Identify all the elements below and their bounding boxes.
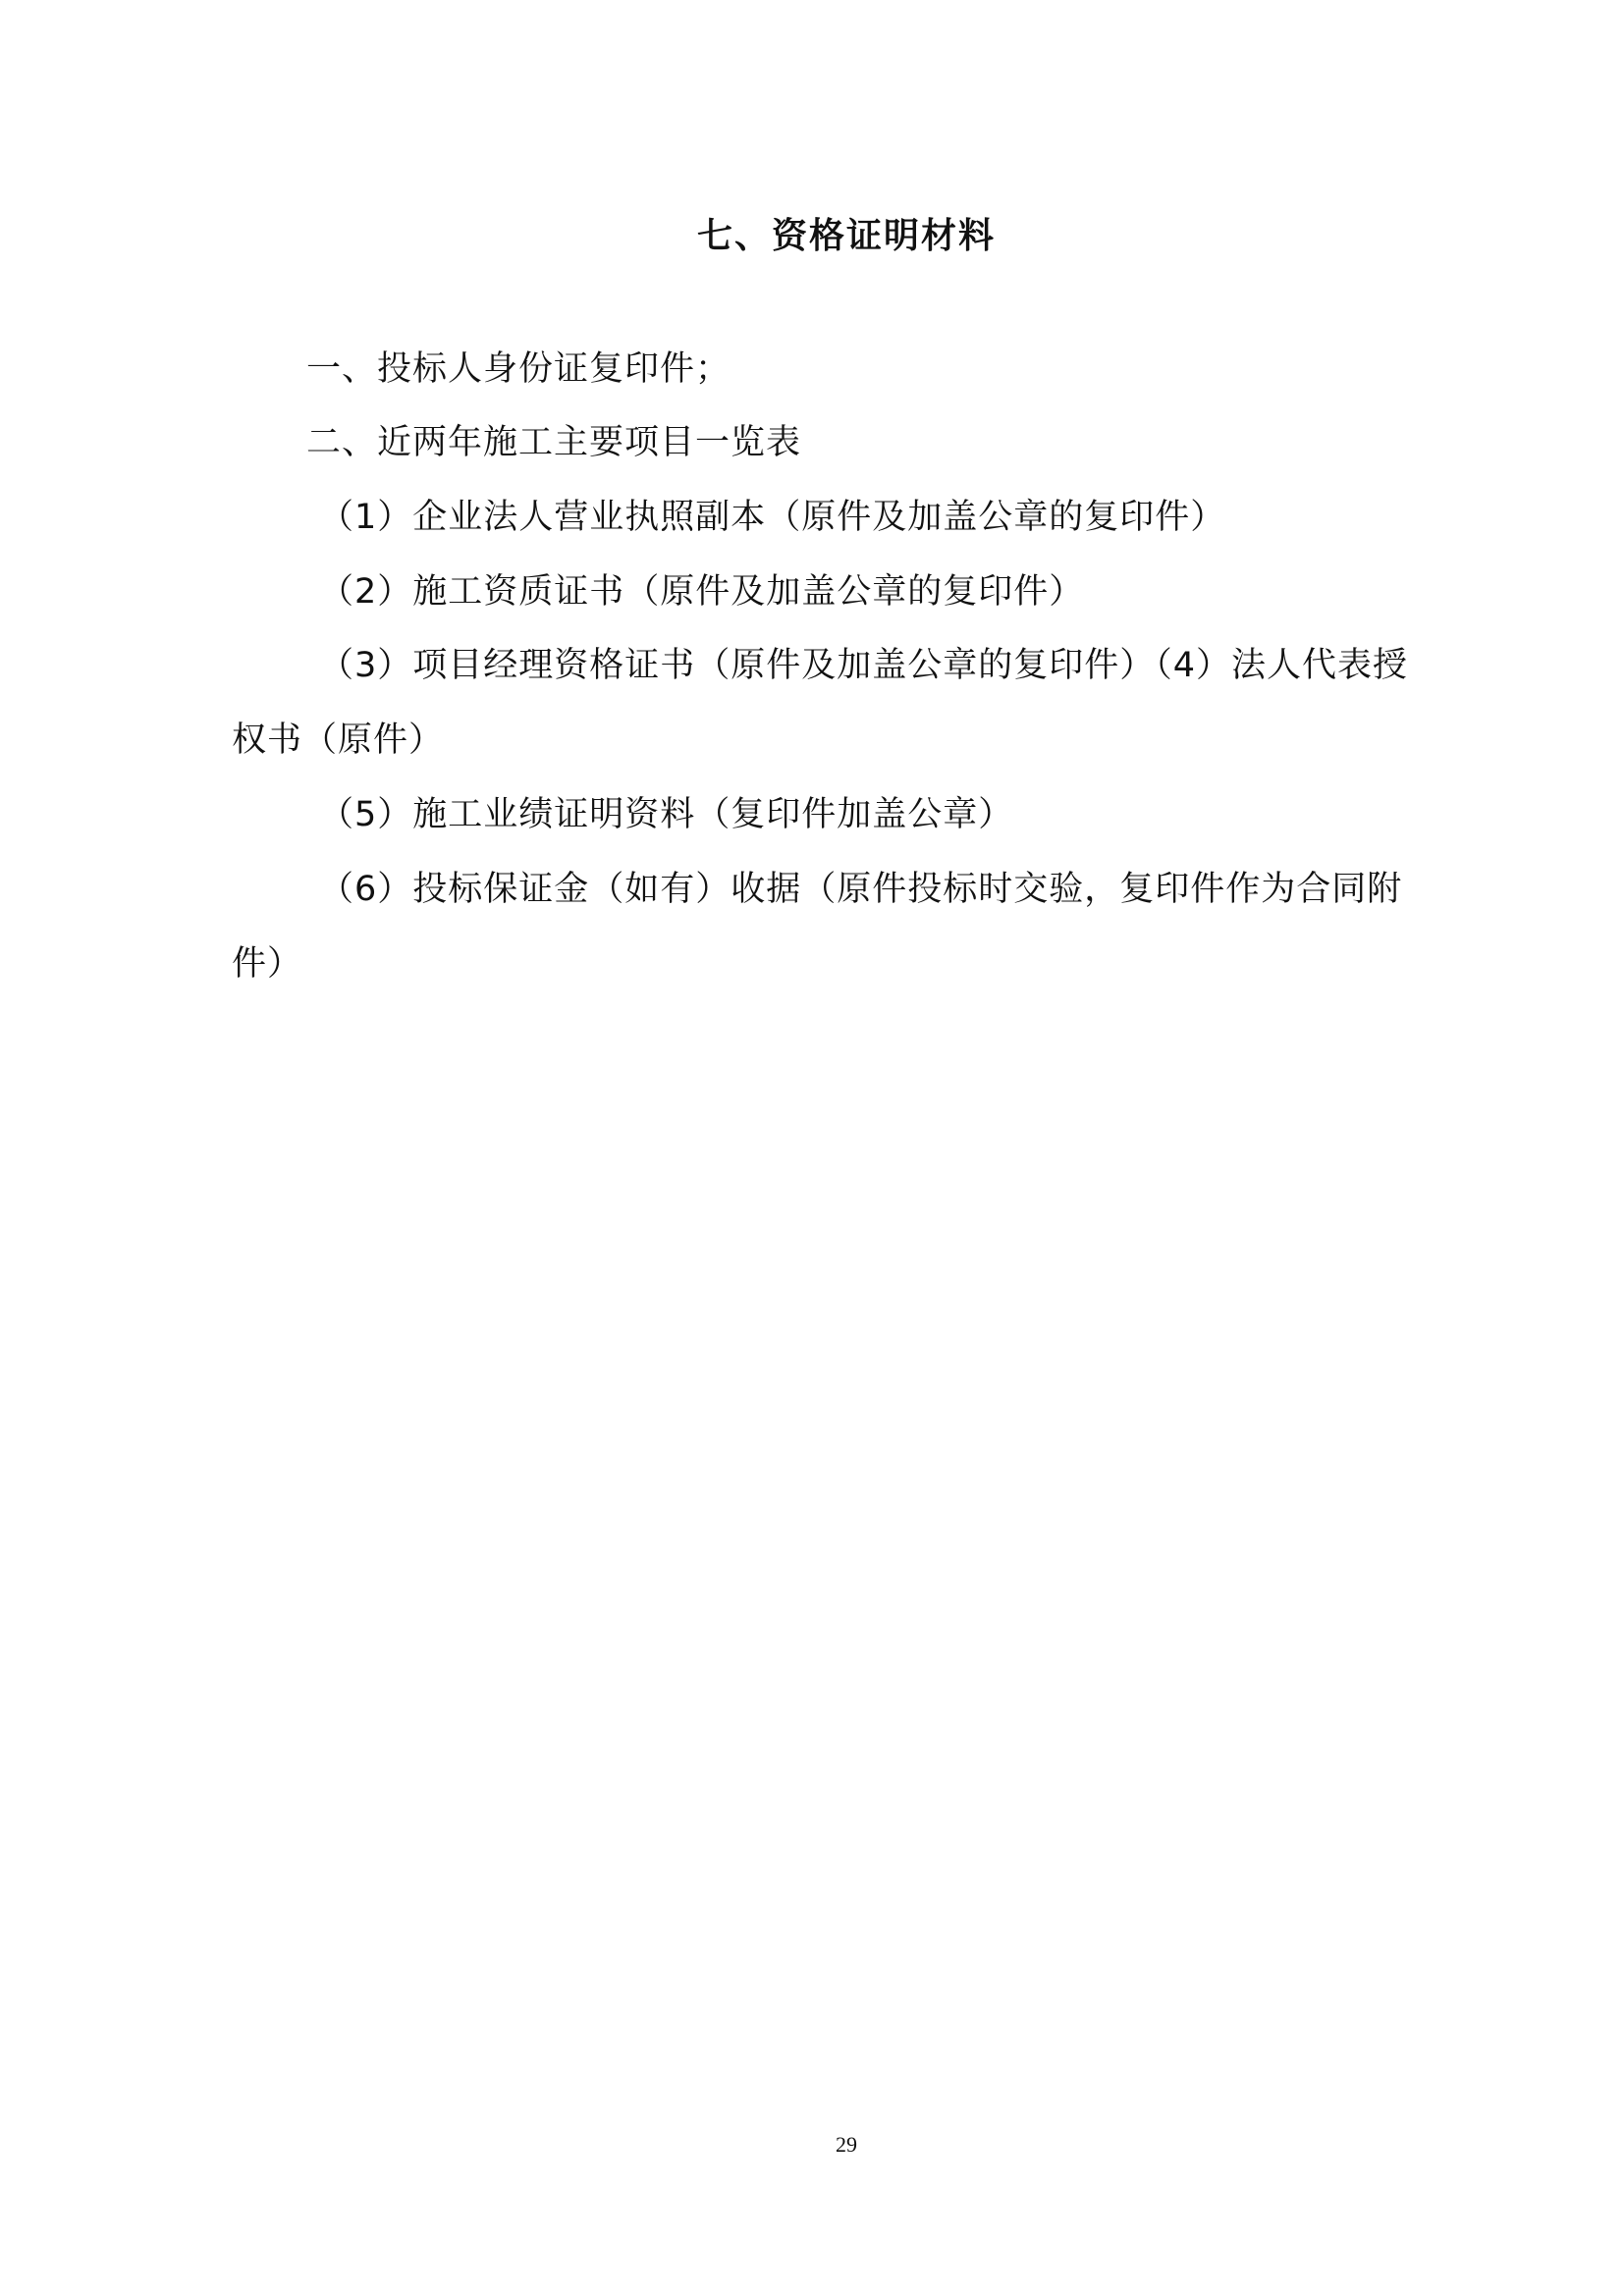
list-item-business-license: （1）企业法人营业执照副本（原件及加盖公章的复印件） [319, 490, 1225, 539]
list-item-manager-cert: （3）项目经理资格证书（原件及加盖公章的复印件）（4）法人代表授 [319, 638, 1408, 687]
section-title: 七、资格证明材料 [0, 208, 1624, 258]
list-item-bid-bond: （6）投标保证金（如有）收据（原件投标时交验，复印件作为合同附 [319, 862, 1402, 911]
list-item-bid-bond-continuation: 件） [232, 936, 302, 986]
list-item-id-copy: 一、投标人身份证复印件； [306, 342, 731, 391]
list-item-manager-cert-continuation: 权书（原件） [232, 713, 444, 762]
page-number: 29 [0, 2132, 1624, 2158]
document-page: 七、资格证明材料 一、投标人身份证复印件； 二、近两年施工主要项目一览表 （1）… [0, 0, 1624, 2296]
list-item-performance-proof: （5）施工业绩证明资料（复印件加盖公章） [319, 787, 1013, 836]
list-item-project-table: 二、近两年施工主要项目一览表 [306, 415, 801, 464]
list-item-qualification-cert: （2）施工资质证书（原件及加盖公章的复印件） [319, 564, 1084, 614]
